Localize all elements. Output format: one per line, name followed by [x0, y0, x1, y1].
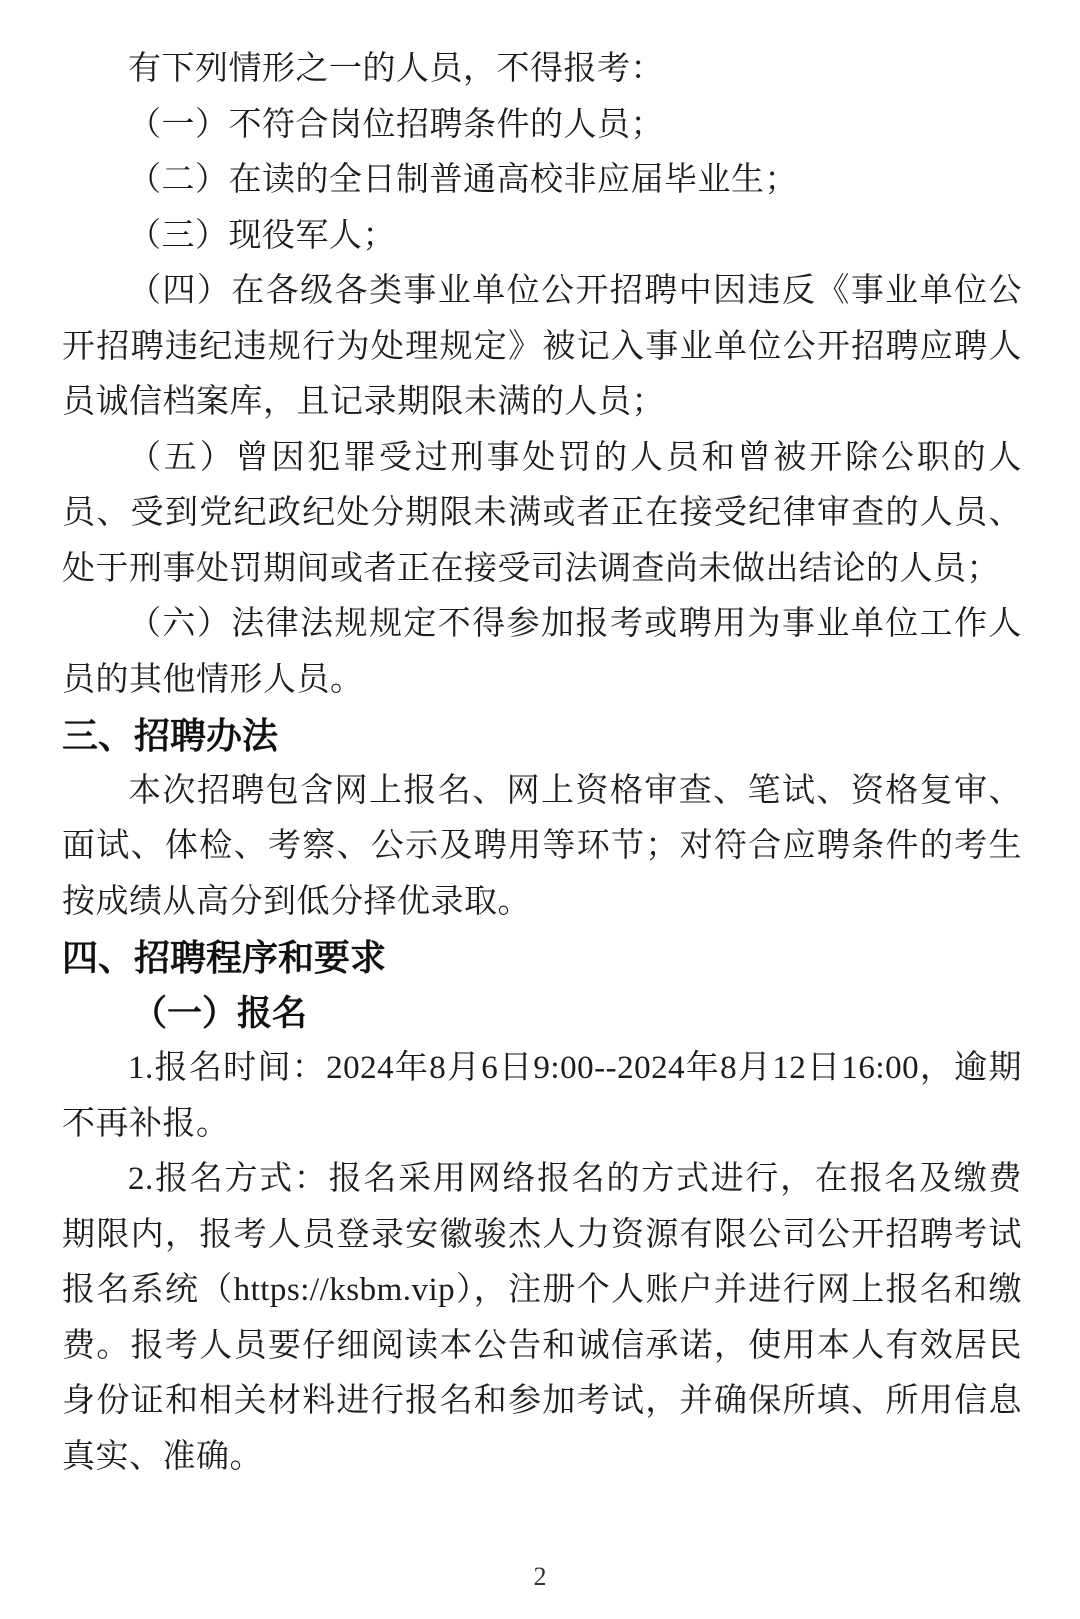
para-condition-3: （三）现役军人； [62, 209, 1022, 265]
para-condition-6: （六）法律法规规定不得参加报考或聘用为事业单位工作人员的其他情形人员。 [62, 597, 1022, 708]
heading-procedure-requirements: 四、招聘程序和要求 [62, 930, 1022, 986]
document-body: 有下列情形之一的人员，不得报考： （一）不符合岗位招聘条件的人员； （二）在读的… [62, 42, 1022, 1485]
para-no-apply-intro: 有下列情形之一的人员，不得报考： [62, 42, 1022, 98]
para-condition-5: （五）曾因犯罪受过刑事处罚的人员和曾被开除公职的人员、受到党纪政纪处分期限未满或… [62, 431, 1022, 598]
para-recruitment-process: 本次招聘包含网上报名、网上资格审查、笔试、资格复审、面试、体检、考察、公示及聘用… [62, 764, 1022, 931]
heading-recruitment-method: 三、招聘办法 [62, 708, 1022, 764]
heading-registration: （一）报名 [62, 986, 1022, 1042]
para-registration-method: 2.报名方式：报名采用网络报名的方式进行，在报名及缴费期限内，报考人员登录安徽骏… [62, 1152, 1022, 1485]
page-number: 2 [0, 1562, 1080, 1592]
para-condition-4: （四）在各级各类事业单位公开招聘中因违反《事业单位公开招聘违纪违规行为处理规定》… [62, 264, 1022, 431]
para-condition-2: （二）在读的全日制普通高校非应届毕业生； [62, 153, 1022, 209]
para-condition-1: （一）不符合岗位招聘条件的人员； [62, 98, 1022, 154]
document-page: 有下列情形之一的人员，不得报考： （一）不符合岗位招聘条件的人员； （二）在读的… [0, 0, 1080, 1619]
para-registration-time: 1.报名时间：2024年8月6日9:00--2024年8月12日16:00，逾期… [62, 1041, 1022, 1152]
